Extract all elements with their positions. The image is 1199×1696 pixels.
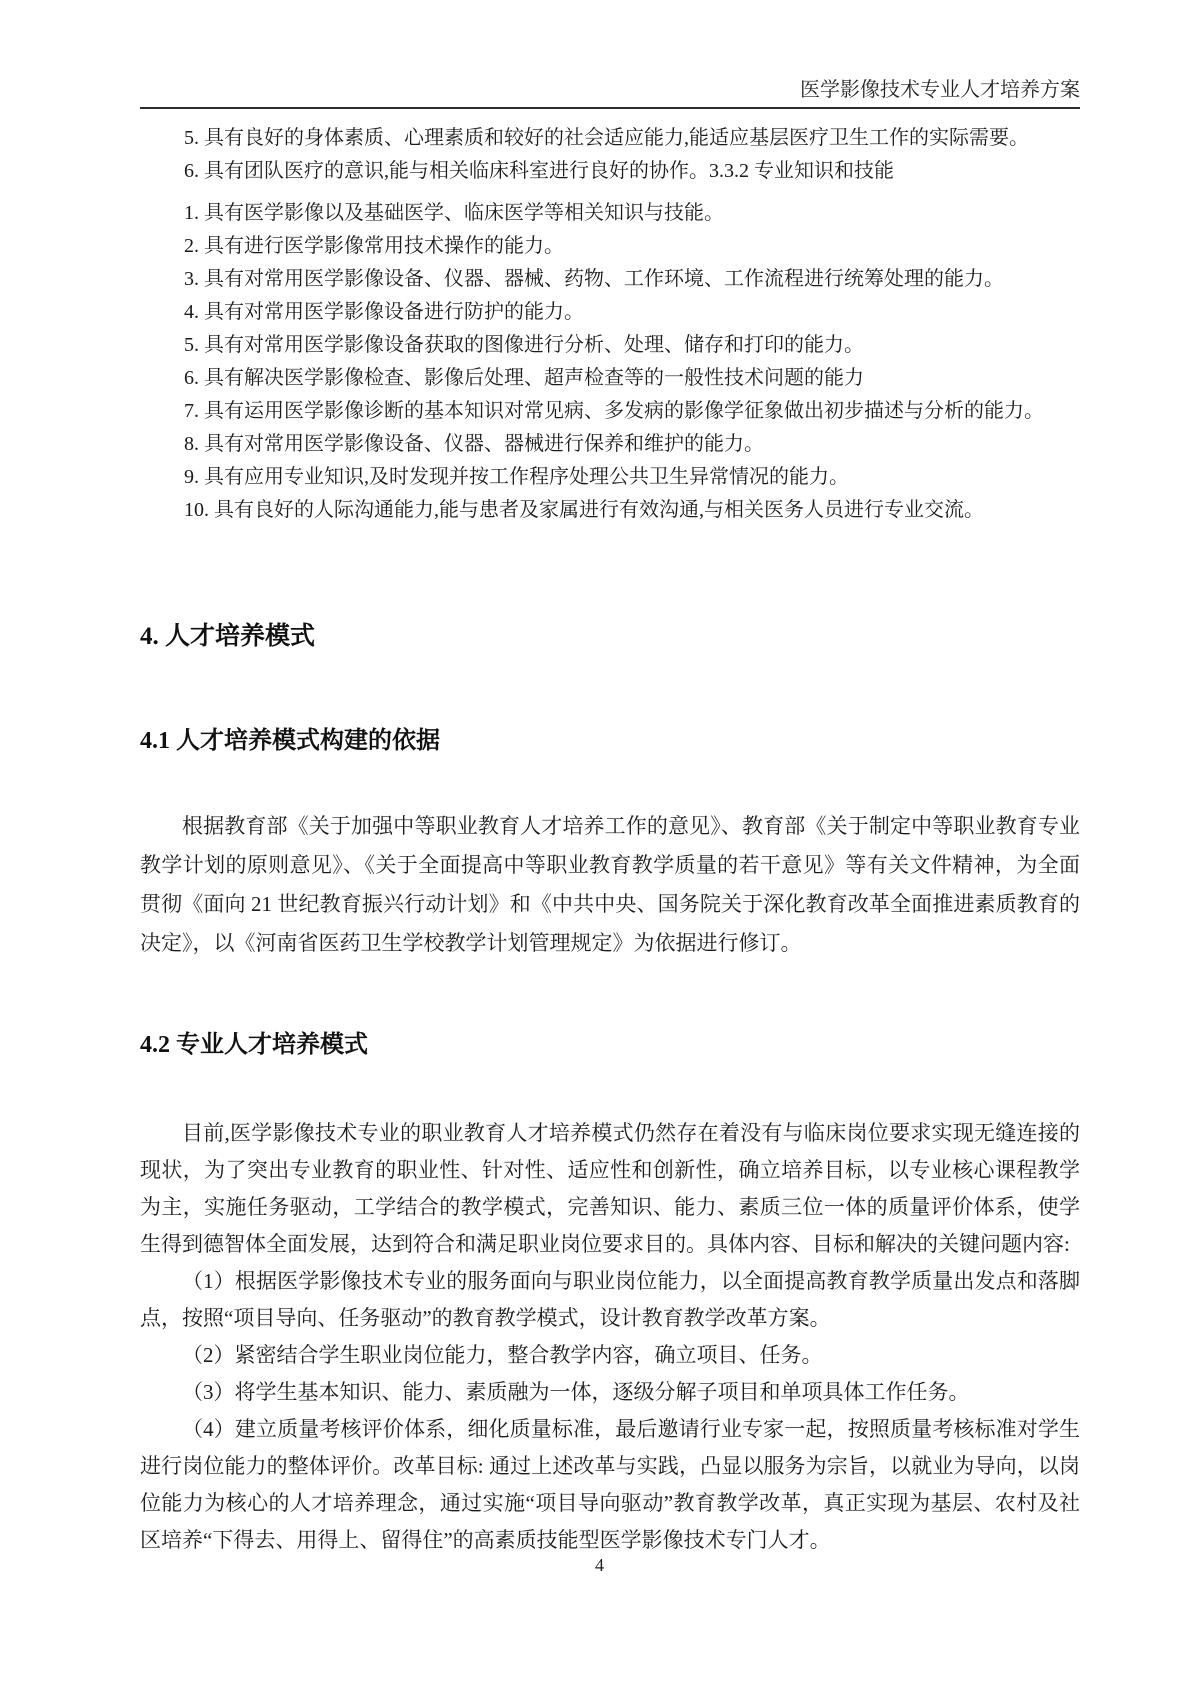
competency-item: 2. 具有进行医学影像常用技术操作的能力。 — [140, 230, 1080, 263]
competency-item: 1. 具有医学影像以及基础医学、临床医学等相关知识与技能。 — [140, 197, 1080, 230]
paragraph-measure-2: （2）紧密结合学生职业岗位能力，整合教学内容，确立项目、任务。 — [140, 1337, 1080, 1374]
section-heading-4-1: 4.1 人才培养模式构建的依据 — [140, 725, 1080, 757]
page-header: 医学影像技术专业人才培养方案 — [140, 0, 1080, 109]
competency-item: 3. 具有对常用医学影像设备、仪器、器械、药物、工作环境、工作流程进行统筹处理的… — [140, 263, 1080, 296]
section-heading-4: 4. 人才培养模式 — [140, 620, 1080, 654]
competency-list: 5. 具有良好的身体素质、心理素质和较好的社会适应能力,能适应基层医疗卫生工作的… — [140, 122, 1080, 527]
competency-item: 7. 具有运用医学影像诊断的基本知识对常见病、多发病的影像学征象做出初步描述与分… — [140, 395, 1080, 428]
competency-item: 4. 具有对常用医学影像设备进行防护的能力。 — [140, 296, 1080, 329]
competency-item: 10. 具有良好的人际沟通能力,能与患者及家属进行有效沟通,与相关医务人员进行专… — [140, 494, 1080, 527]
paragraph-measure-4: （4）建立质量考核评价体系，细化质量标准，最后邀请行业专家一起，按照质量考核标准… — [140, 1411, 1080, 1559]
competency-item: 6. 具有解决医学影像检查、影像后处理、超声检查等的一般性技术问题的能力 — [140, 362, 1080, 395]
section-heading-4-2: 4.2 专业人才培养模式 — [140, 1029, 1080, 1061]
paragraph-measure-1: （1）根据医学影像技术专业的服务面向与职业岗位能力，以全面提高教育教学质量出发点… — [140, 1263, 1080, 1337]
competency-item: 8. 具有对常用医学影像设备、仪器、器械进行保养和维护的能力。 — [140, 428, 1080, 461]
competency-item: 5. 具有对常用医学影像设备获取的图像进行分析、处理、储存和打印的能力。 — [140, 329, 1080, 362]
page-number: 4 — [595, 1555, 604, 1575]
paragraph-measure-3: （3）将学生基本知识、能力、素质融为一体，逐级分解子项目和单项具体工作任务。 — [140, 1374, 1080, 1411]
page-header-title: 医学影像技术专业人才培养方案 — [800, 79, 1080, 101]
document-page: 医学影像技术专业人才培养方案 5. 具有良好的身体素质、心理素质和较好的社会适应… — [0, 0, 1199, 1696]
competency-item: 5. 具有良好的身体素质、心理素质和较好的社会适应能力,能适应基层医疗卫生工作的… — [140, 122, 1080, 155]
competency-item: 9. 具有应用专业知识,及时发现并按工作程序处理公共卫生异常情况的能力。 — [140, 461, 1080, 494]
paragraph-basis: 根据教育部《关于加强中等职业教育人才培养工作的意见》、教育部《关于制定中等职业教… — [140, 807, 1080, 963]
competency-item: 6. 具有团队医疗的意识,能与相关临床科室进行良好的协作。3.3.2 专业知识和… — [140, 155, 1080, 188]
page-footer: 4 — [0, 1555, 1199, 1576]
paragraph-mode-overview: 目前,医学影像技术专业的职业教育人才培养模式仍然存在着没有与临床岗位要求实现无缝… — [140, 1115, 1080, 1263]
